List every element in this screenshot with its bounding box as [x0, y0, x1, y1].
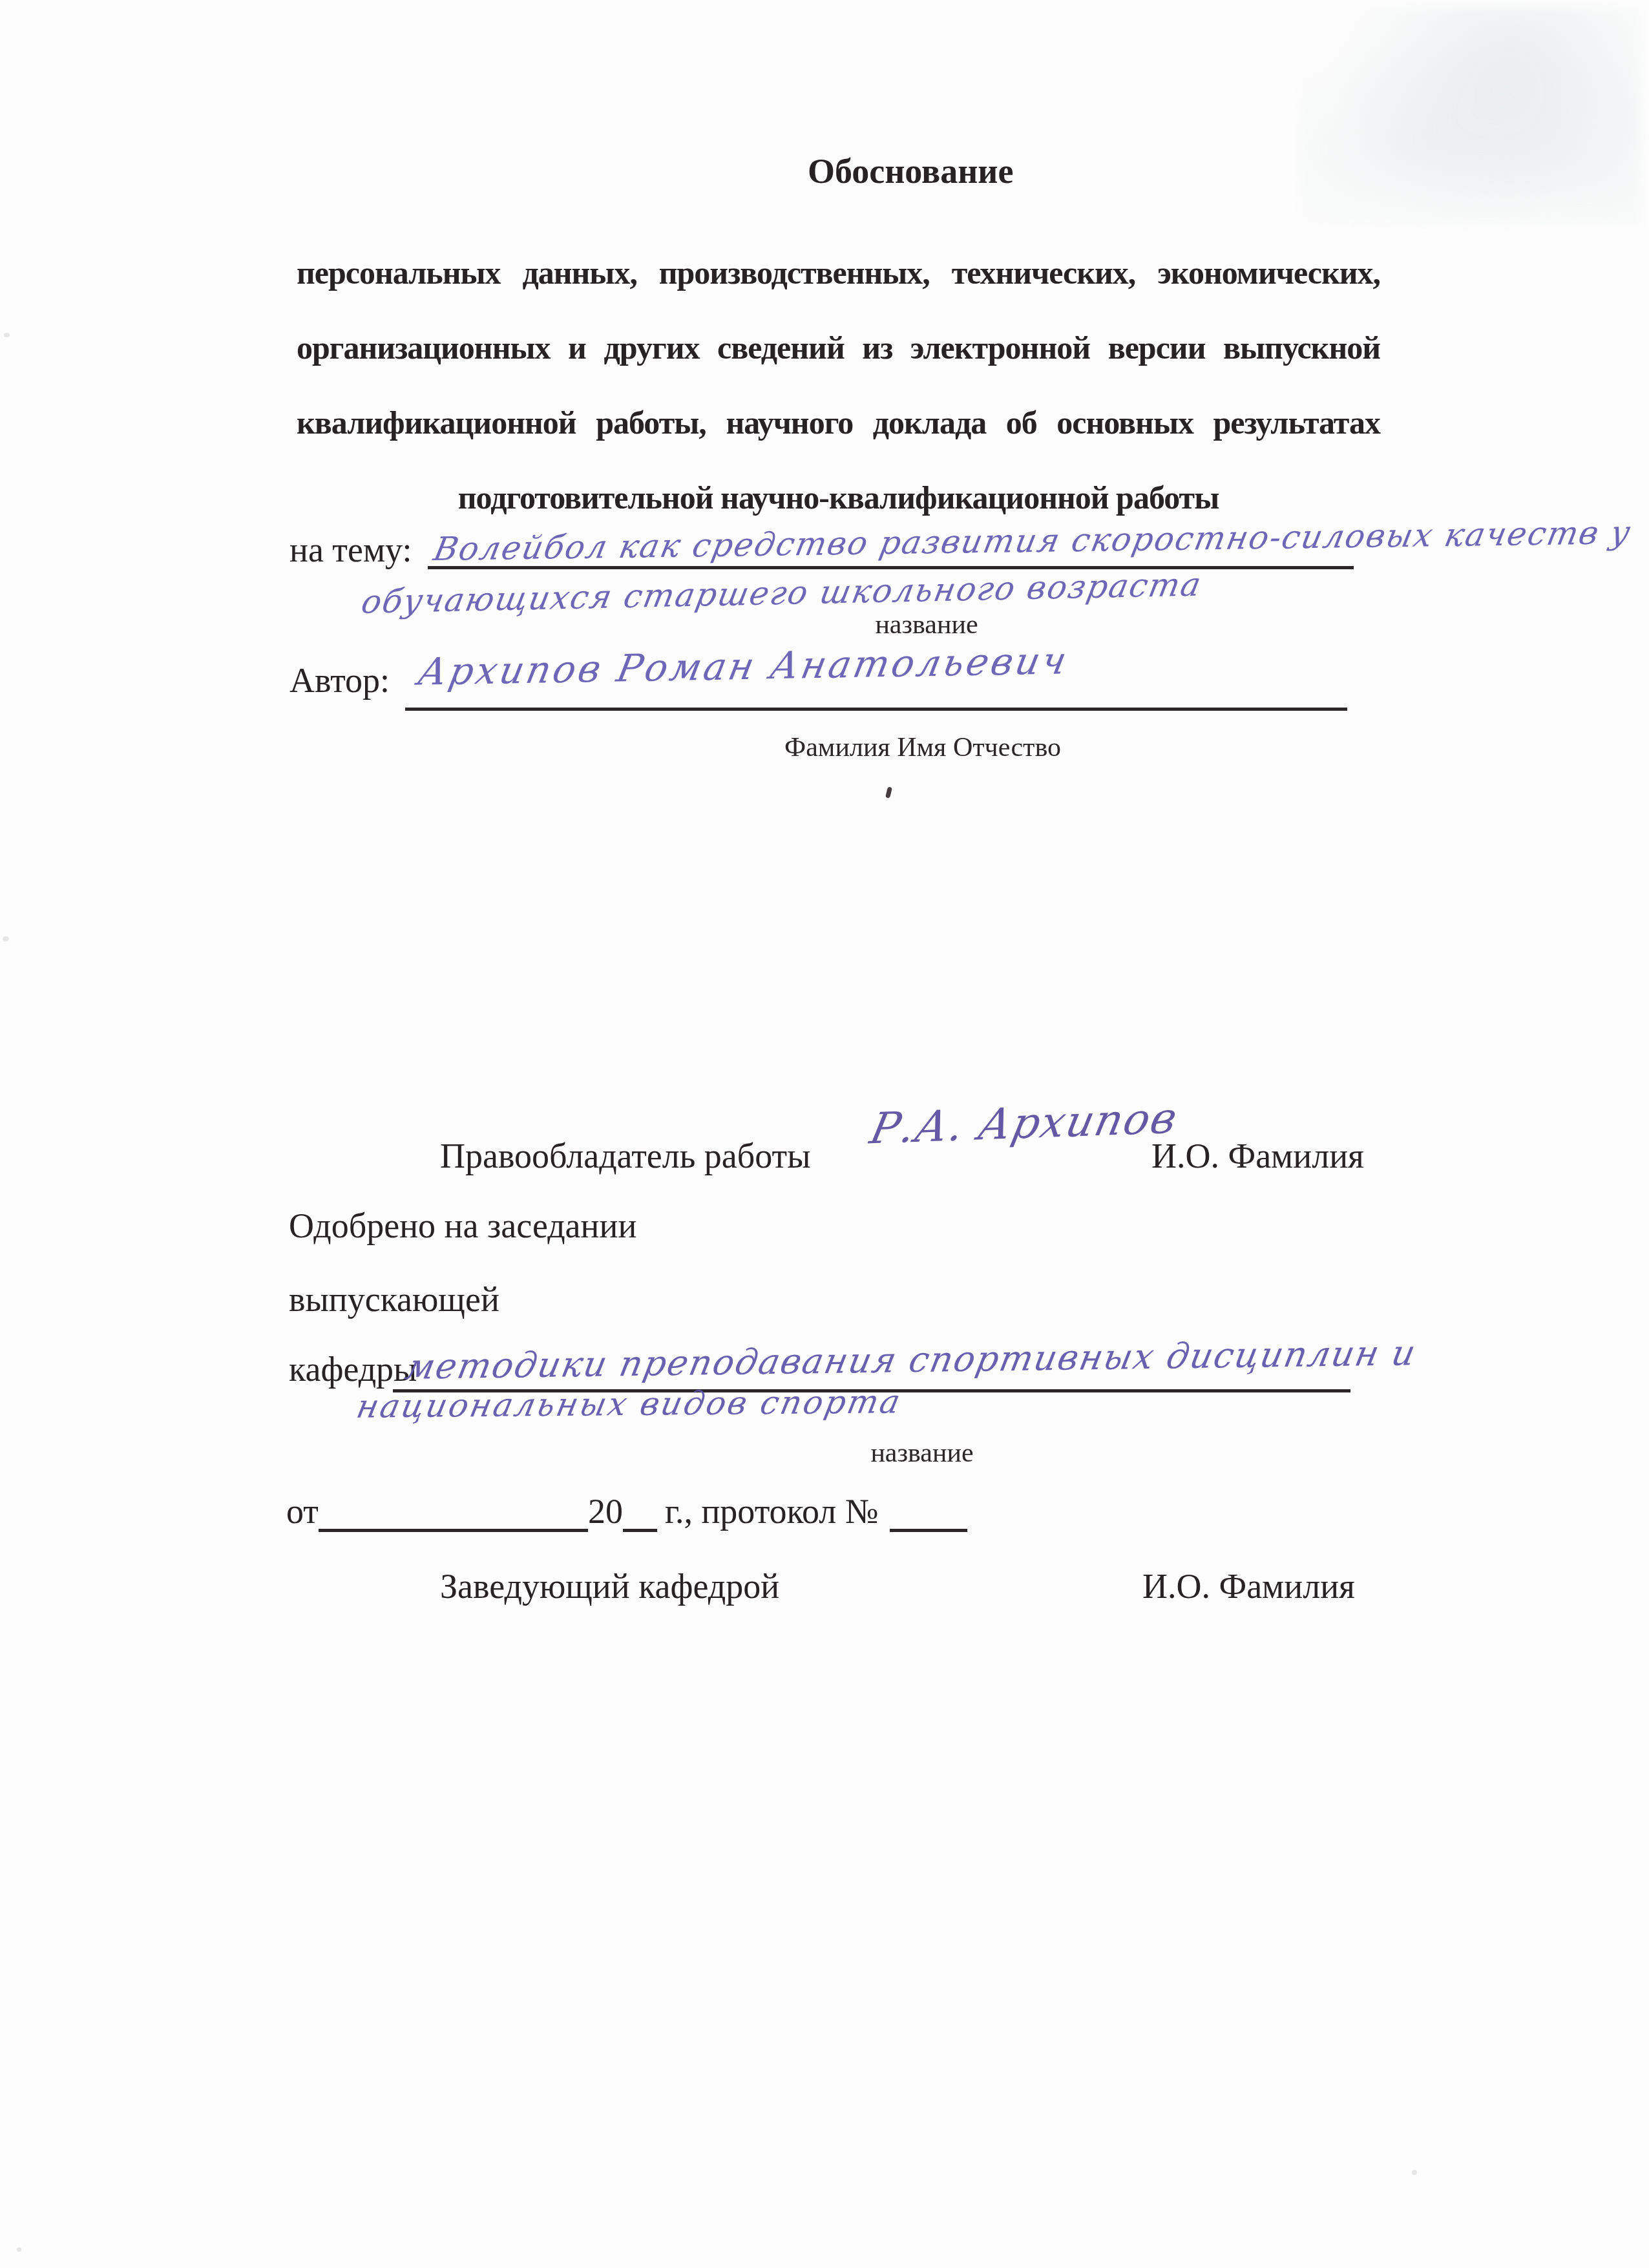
protocol-number-blank	[890, 1529, 967, 1532]
scan-speck	[3, 936, 9, 941]
protocol-middle: г., протокол №	[665, 1492, 878, 1531]
protocol-year: 20	[588, 1492, 623, 1531]
department-head-label: Заведующий кафедрой	[440, 1569, 779, 1604]
author-blank-line	[405, 708, 1347, 711]
protocol-row: от20г., протокол №	[286, 1494, 967, 1532]
department-head-name-placeholder: И.О. Фамилия	[1142, 1569, 1355, 1604]
scanned-document-page: Обоснование персональных данных, произво…	[0, 0, 1649, 2268]
protocol-date-blank	[319, 1529, 588, 1532]
approval-line-2: выпускающей	[289, 1282, 499, 1317]
scan-smudge	[1299, 6, 1641, 226]
rightsholder-label: Правообладатель работы	[440, 1139, 810, 1173]
scan-speck	[4, 333, 10, 337]
department-caption: название	[870, 1440, 973, 1467]
department-handwritten-line-2: национальных видов спорта	[354, 1385, 905, 1422]
topic-blank-line	[428, 566, 1354, 569]
paragraph-line-1: персональных данных, производственных, т…	[297, 257, 1380, 289]
ink-speck	[885, 786, 892, 798]
topic-label: на тему:	[289, 532, 412, 567]
paragraph-line-2: организационных и других сведений из эле…	[297, 331, 1380, 364]
paragraph-line-3: квалификационной работы, научного доклад…	[297, 406, 1380, 439]
author-label: Автор:	[289, 663, 390, 698]
author-handwritten-name: Архипов Роман Анатольевич	[415, 642, 1072, 691]
topic-caption: название	[875, 611, 978, 638]
rightsholder-name-placeholder: И.О. Фамилия	[1151, 1139, 1364, 1173]
document-title: Обоснование	[808, 154, 1013, 189]
scan-speck	[17, 2247, 21, 2252]
rightsholder-signature: Р.А. Архипов	[867, 1097, 1182, 1150]
paragraph-line-4: подготовительной научно-квалификационной…	[297, 481, 1380, 514]
department-label: кафедры	[289, 1352, 417, 1387]
author-caption: Фамилия Имя Отчество	[784, 734, 1061, 761]
topic-handwritten-line-1: Волейбол как средство развития скоростно…	[431, 516, 1634, 565]
approval-line-1: Одобрено на заседании	[289, 1208, 636, 1243]
topic-handwritten-line-2: обучающихся старшего школьного возраста	[359, 568, 1204, 618]
protocol-prefix: от	[286, 1492, 319, 1531]
scan-speck	[1412, 2170, 1417, 2175]
department-handwritten-line-1: методики преподавания спортивных дисципл…	[403, 1336, 1420, 1385]
protocol-year-blank	[623, 1529, 657, 1532]
